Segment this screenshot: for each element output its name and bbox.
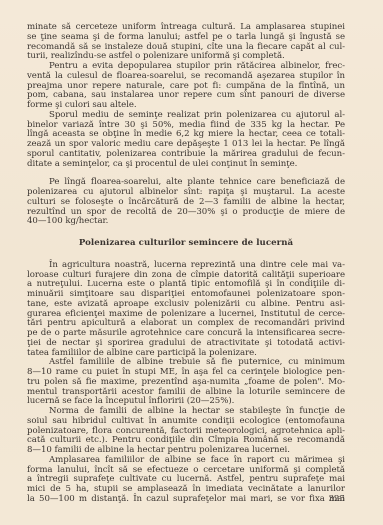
paragraph-2: Pentru a evita depopularea stupilor prin… <box>27 62 345 111</box>
paragraph-6: Astfel familiile de albine trebuie să fi… <box>27 358 345 407</box>
paragraph-5: În agricultura noastră, lucerna reprezin… <box>27 261 345 359</box>
paragraph-4: Pe lîngă floarea-soarelui, alte plante t… <box>27 178 345 227</box>
paragraph-1: minate să cerceteze uniform întreaga cul… <box>27 23 345 62</box>
text-line: 40—100 kg/hectar. <box>27 217 345 227</box>
book-page: minate să cerceteze uniform întreaga cul… <box>0 0 383 525</box>
paragraph-7: Norma de familii de albine la hectar se … <box>27 407 345 456</box>
page-body: minate să cerceteze uniform întreaga cul… <box>27 23 345 505</box>
text-line: ditate a seminţelor, ca şi procentul de … <box>27 160 345 170</box>
text-line: la 50—100 m distanţă. În cazul suprafeţe… <box>27 495 345 505</box>
section-heading: Polenizarea culturilor semincere de luce… <box>27 239 345 249</box>
paragraph-8: Amplasarea familiilor de albine se face … <box>27 456 345 505</box>
paragraph-3: Sporul mediu de seminţe realizat prin po… <box>27 111 345 170</box>
page-number: 325 <box>329 494 345 504</box>
